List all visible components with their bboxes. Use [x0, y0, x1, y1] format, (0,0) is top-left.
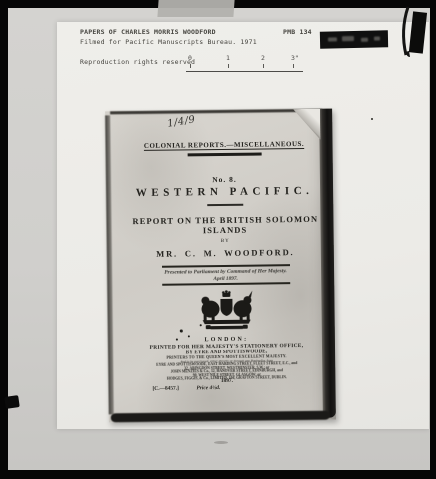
royal-coat-of-arms-icon — [194, 290, 259, 335]
ruler-mark-0: 0 — [188, 54, 192, 62]
label-smudge — [328, 37, 337, 41]
report-title-page: 1/4/9 COLONIAL REPORTS.—MISCELLANEOUS. N… — [105, 109, 336, 423]
presented-date: April 1897. — [133, 275, 318, 283]
ink-speck — [200, 324, 202, 326]
title-page-content: 1/4/9 COLONIAL REPORTS.—MISCELLANEOUS. N… — [131, 115, 320, 408]
price: Price 4½d. — [196, 385, 220, 391]
film-label — [320, 30, 388, 48]
page-title: WESTERN PACIFIC. — [132, 185, 317, 199]
subtitle-line-2: ISLANDS — [133, 224, 318, 236]
film-scratch-mark — [394, 4, 430, 64]
by-label: BY — [133, 238, 318, 245]
reel-reference: PMB 134 — [283, 28, 312, 36]
filming-credit: Filmed for Pacific Manuscripts Bureau. 1… — [80, 38, 257, 46]
dust-speck — [371, 118, 373, 120]
author-name: MR. C. M. WOODFORD. — [133, 247, 318, 259]
ink-speck — [180, 329, 183, 332]
collection-title: PAPERS OF CHARLES MORRIS WOODFORD — [80, 28, 216, 36]
dust-smudge — [214, 441, 228, 444]
ruler-tick — [263, 64, 264, 68]
tape-tab — [157, 0, 234, 17]
imprint-year: 1897. — [134, 377, 319, 385]
command-paper-number: [C.—8457.] — [152, 386, 178, 392]
microfilm-frame: PAPERS OF CHARLES MORRIS WOODFORD Filmed… — [0, 0, 436, 479]
heavy-rule — [187, 152, 261, 155]
inch-ruler: 0 1 2 3" — [186, 54, 306, 74]
film-edge-blob — [4, 395, 20, 409]
ruler-baseline — [186, 71, 303, 72]
short-rule — [207, 204, 243, 206]
ruler-mark-3: 3" — [291, 54, 299, 62]
ruler-tick — [293, 64, 294, 68]
series-heading: COLONIAL REPORTS.—MISCELLANEOUS. — [131, 140, 316, 150]
label-smudge — [374, 36, 380, 40]
handwritten-annotation: 1/4/9 — [167, 114, 197, 130]
rights-notice: Reproduction rights reserved — [80, 58, 195, 66]
divider-rule — [161, 264, 289, 267]
label-smudge — [361, 38, 368, 42]
report-number: No. 8. — [132, 174, 317, 185]
ruler-tick — [190, 64, 191, 68]
ruler-mark-2: 2 — [261, 54, 265, 62]
ruler-tick — [228, 64, 229, 68]
label-smudge — [342, 36, 354, 41]
divider-rule — [162, 282, 290, 285]
ruler-mark-1: 1 — [226, 54, 230, 62]
